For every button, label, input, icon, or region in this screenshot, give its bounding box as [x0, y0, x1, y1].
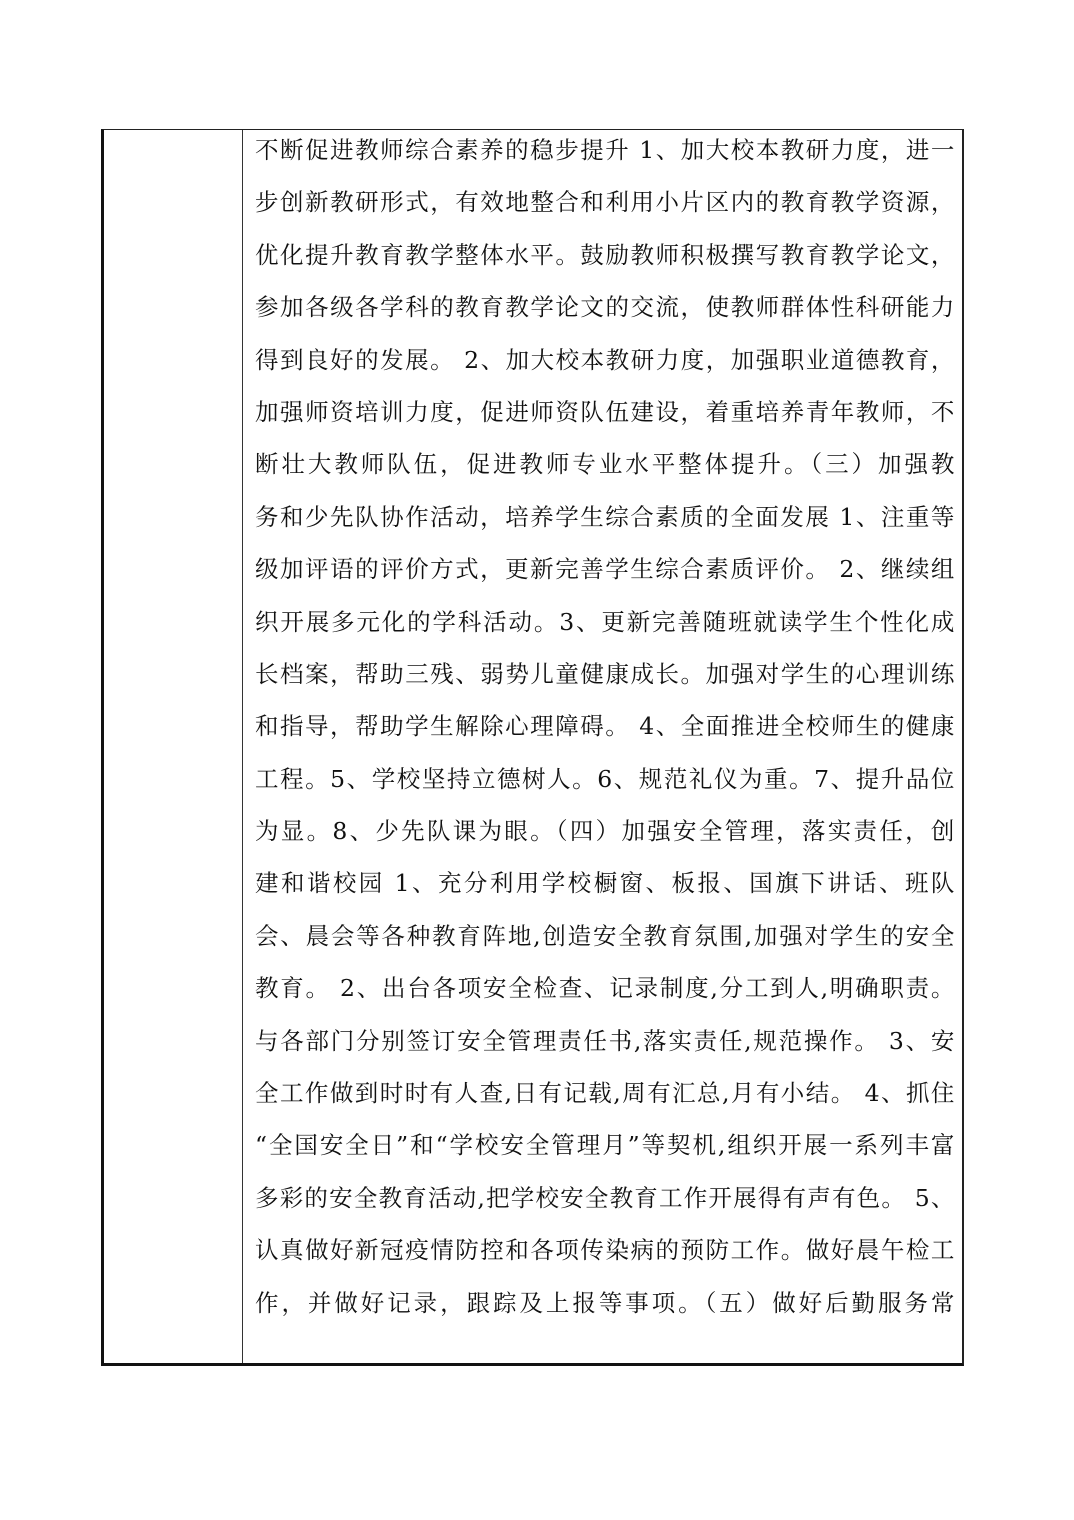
text-line: 优化提升教育教学整体水平。鼓励教师积极撰写教育教学论文，: [255, 229, 955, 281]
text-line: 建和谐校园 1、充分利用学校橱窗、板报、国旗下讲话、班队: [255, 857, 955, 909]
text-line: 会、晨会等各种教育阵地,创造安全教育氛围,加强对学生的安全: [255, 910, 955, 962]
text-line: 得到良好的发展。 2、加大校本教研力度，加强职业道德教育，: [255, 334, 955, 386]
text-line: 长档案，帮助三残、弱势儿童健康成长。加强对学生的心理训练: [255, 648, 955, 700]
text-line: “全国安全日”和“学校安全管理月”等契机,组织开展一系列丰富: [255, 1119, 955, 1171]
table-content-cell: 不断促进教师综合素养的稳步提升 1、加大校本教研力度，进一 步创新教研形式，有效…: [244, 130, 962, 1363]
text-line: 务和少先队协作活动，培养学生综合素质的全面发展 1、注重等: [255, 491, 955, 543]
text-line: 断壮大教师队伍，促进教师专业水平整体提升。（三）加强教: [255, 438, 955, 490]
text-line: 不断促进教师综合素养的稳步提升 1、加大校本教研力度，进一: [255, 124, 955, 176]
text-line: 加强师资培训力度，促进师资队伍建设，着重培养青年教师，不: [255, 386, 955, 438]
text-line: 全工作做到时时有人查,日有记载,周有汇总,月有小结。 4、抓住: [255, 1067, 955, 1119]
text-line: 多彩的安全教育活动,把学校安全教育工作开展得有声有色。 5、: [255, 1172, 955, 1224]
text-line: 认真做好新冠疫情防控和各项传染病的预防工作。做好晨午检工: [255, 1224, 955, 1276]
text-line: 级加评语的评价方式，更新完善学生综合素质评价。 2、继续组: [255, 543, 955, 595]
text-line: 参加各级各学科的教育教学论文的交流，使教师群体性科研能力: [255, 281, 955, 333]
text-line: 和指导，帮助学生解除心理障碍。 4、全面推进全校师生的健康: [255, 700, 955, 752]
text-line: 为显。8、少先队课为眼。（四）加强安全管理，落实责任，创: [255, 805, 955, 857]
text-line: 与各部门分别签订安全管理责任书,落实责任,规范操作。 3、安: [255, 1015, 955, 1067]
text-line: 工程。5、学校坚持立德树人。6、规范礼仪为重。7、提升品位: [255, 753, 955, 805]
text-line: 作，并做好记录，跟踪及上报等事项。（五）做好后勤服务常: [255, 1277, 955, 1329]
text-line: 步创新教研形式，有效地整合和利用小片区内的教育教学资源，: [255, 176, 955, 228]
text-line: 教育。 2、出台各项安全检查、记录制度,分工到人,明确职责。: [255, 962, 955, 1014]
text-line: 织开展多元化的学科活动。3、更新完善随班就读学生个性化成: [255, 596, 955, 648]
document-table: 不断促进教师综合素养的稳步提升 1、加大校本教研力度，进一 步创新教研形式，有效…: [101, 129, 964, 1366]
table-label-cell: [104, 130, 243, 1363]
paragraph-text: 不断促进教师综合素养的稳步提升 1、加大校本教研力度，进一 步创新教研形式，有效…: [255, 124, 955, 1329]
